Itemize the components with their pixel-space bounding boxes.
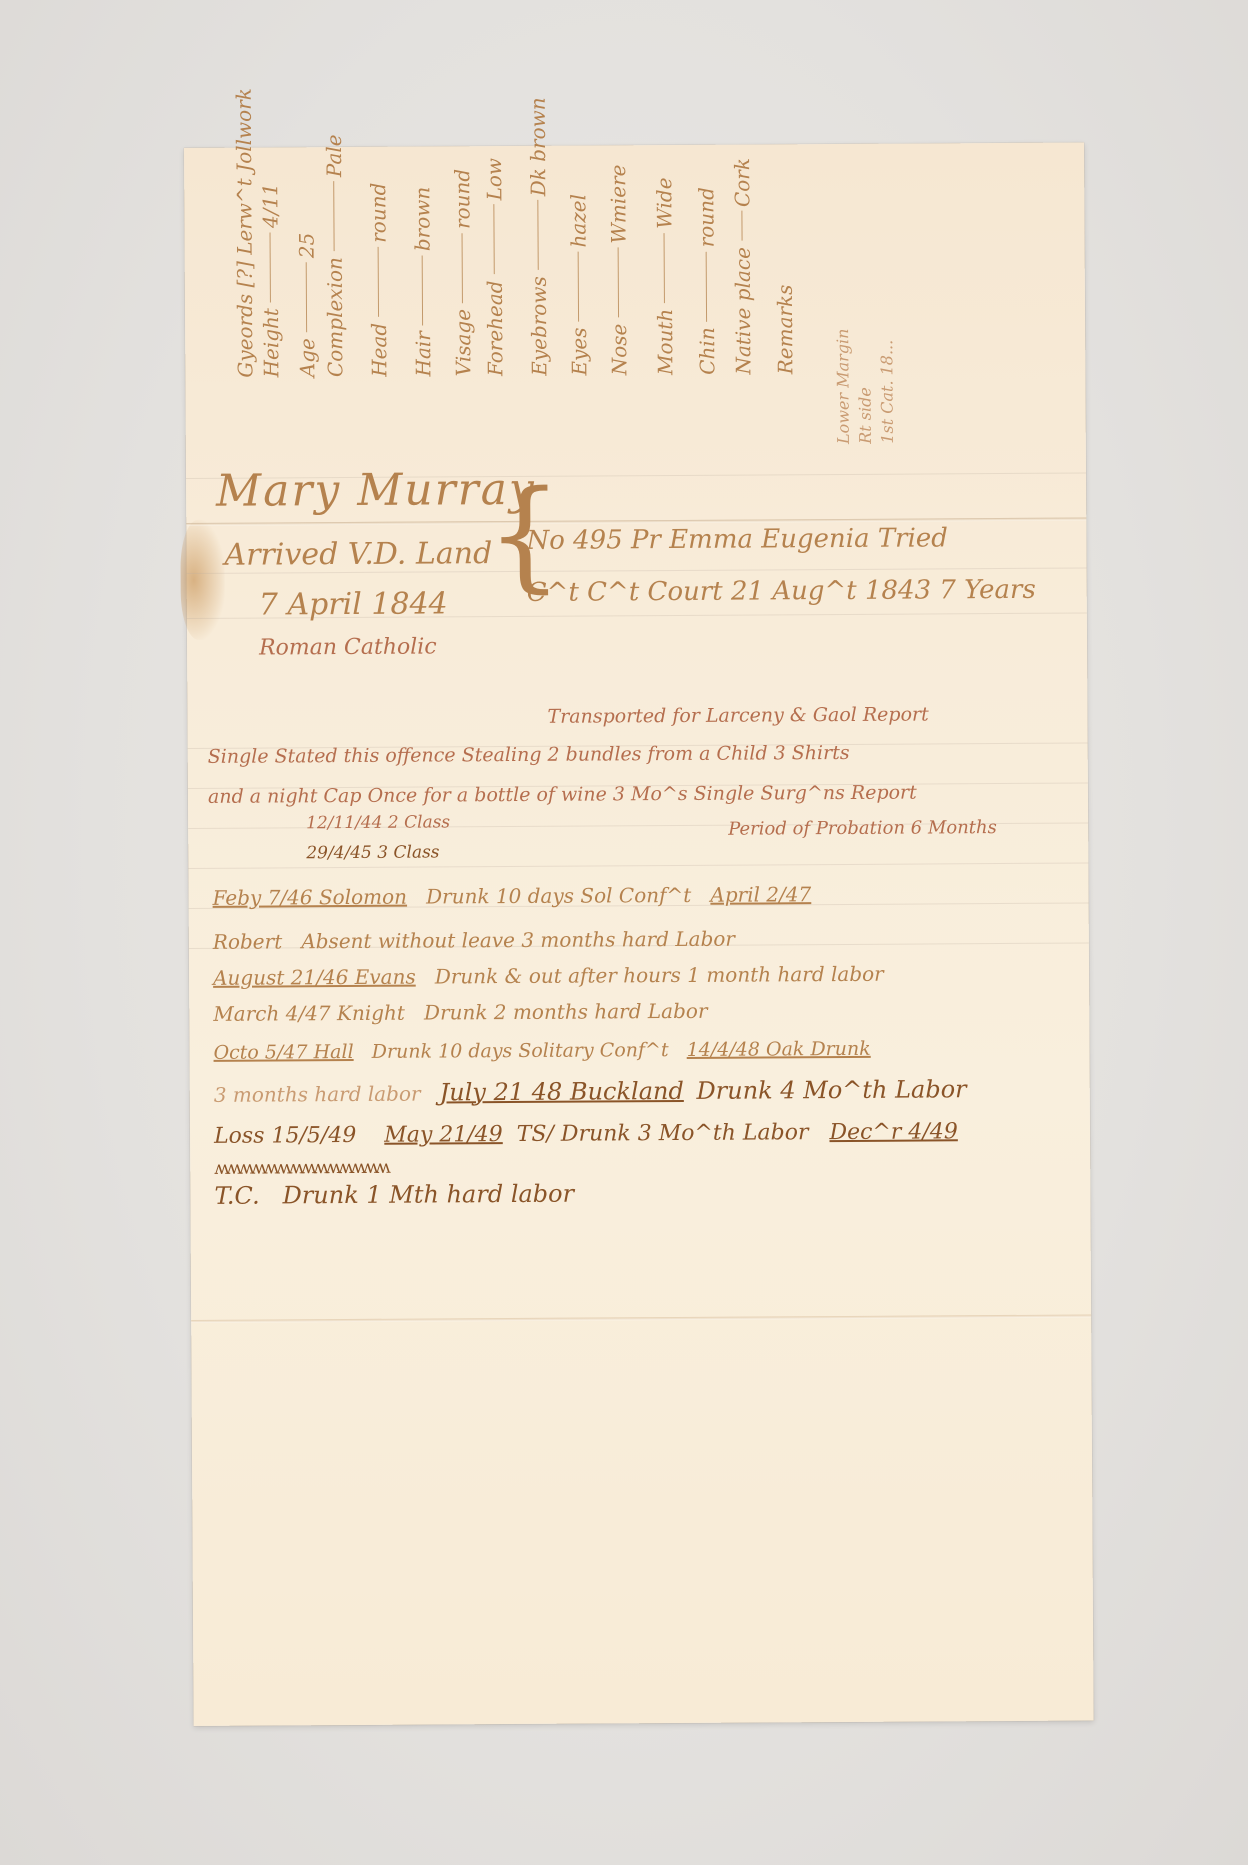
description-item: ComplexionPale xyxy=(324,134,345,377)
description-item: Height4/11 xyxy=(260,183,281,377)
conduct-entry: T.C. Drunk 1 Mth hard labor xyxy=(214,1180,574,1210)
description-item: Eyeshazel xyxy=(568,194,589,376)
description-item: Headround xyxy=(368,183,389,377)
description-item: Age25 xyxy=(297,233,318,378)
description-item: Remarks xyxy=(775,285,796,375)
description-item: NoseWmiere xyxy=(608,164,629,375)
description-item: ForeheadLow xyxy=(484,158,505,376)
description-item: Chinround xyxy=(696,187,717,375)
conduct-record: Feby 7/46 Solomon Drunk 10 days Sol Conf… xyxy=(184,143,1084,148)
description-heading: Gyeords [?] Lerw^t Jollwork xyxy=(234,88,256,378)
offence-statement-2: and a night Cap Once for a bottle of win… xyxy=(208,782,917,808)
margin-note: 1st Cat. 18... xyxy=(879,340,896,444)
offence-statement-1: Single Stated this offence Stealing 2 bu… xyxy=(208,742,850,768)
document-page: Gyeords [?] Lerw^t Jollwork Height4/11 A… xyxy=(184,143,1094,1726)
class-entry: 12/11/44 2 Class xyxy=(306,812,450,833)
conduct-entry: 3 months hard labor July 21 48 Buckland … xyxy=(214,1075,967,1108)
description-item: EyebrowsDk brown xyxy=(528,97,550,376)
margin-note: Lower Margin xyxy=(835,329,852,444)
ship-line: No 495 Pr Emma Eugenia Tried xyxy=(526,523,948,556)
class-entry: 29/4/45 3 Class xyxy=(306,842,439,863)
conduct-entry: Feby 7/46 Solomon Drunk 10 days Sol Conf… xyxy=(213,882,812,910)
description-item: Native placeCork xyxy=(732,158,753,375)
religion: Roman Catholic xyxy=(259,634,437,660)
conduct-entry: Robert Absent without leave 3 months har… xyxy=(213,927,735,954)
ruled-line xyxy=(188,862,1088,868)
margin-note: Rt side xyxy=(857,387,873,444)
description-item: Hairbrown xyxy=(412,187,433,377)
conduct-entry: Loss 15/5/49 May 21/49 TS/ Drunk 3 Mo^th… xyxy=(214,1119,958,1149)
arrived-line: Arrived V.D. Land xyxy=(224,536,492,573)
probation-period: Period of Probation 6 Months xyxy=(728,817,997,840)
arrived-date: 7 April 1844 xyxy=(259,586,448,622)
conduct-entry: August 21/46 Evans Drunk & out after hou… xyxy=(213,962,884,990)
water-stain xyxy=(180,520,225,640)
conduct-entry: March 4/47 Knight Drunk 2 months hard La… xyxy=(213,999,707,1026)
description-list: Gyeords [?] Lerw^t Jollwork Height4/11 A… xyxy=(184,143,1084,148)
description-item: Visageround xyxy=(452,169,473,377)
conduct-entry: Octo 5/47 Hall Drunk 10 days Solitary Co… xyxy=(213,1038,870,1064)
description-item: MouthWide xyxy=(654,177,675,375)
fold-crease xyxy=(191,1314,1091,1322)
scribble-mark: ʍʍʍʍʍʍʍʍʍʍʍʍʍʍ xyxy=(214,1157,388,1179)
court-line: C^t C^t Court 21 Aug^t 1843 7 Years xyxy=(527,575,1036,608)
transported-for: Transported for Larceny & Gaol Report xyxy=(547,703,928,727)
